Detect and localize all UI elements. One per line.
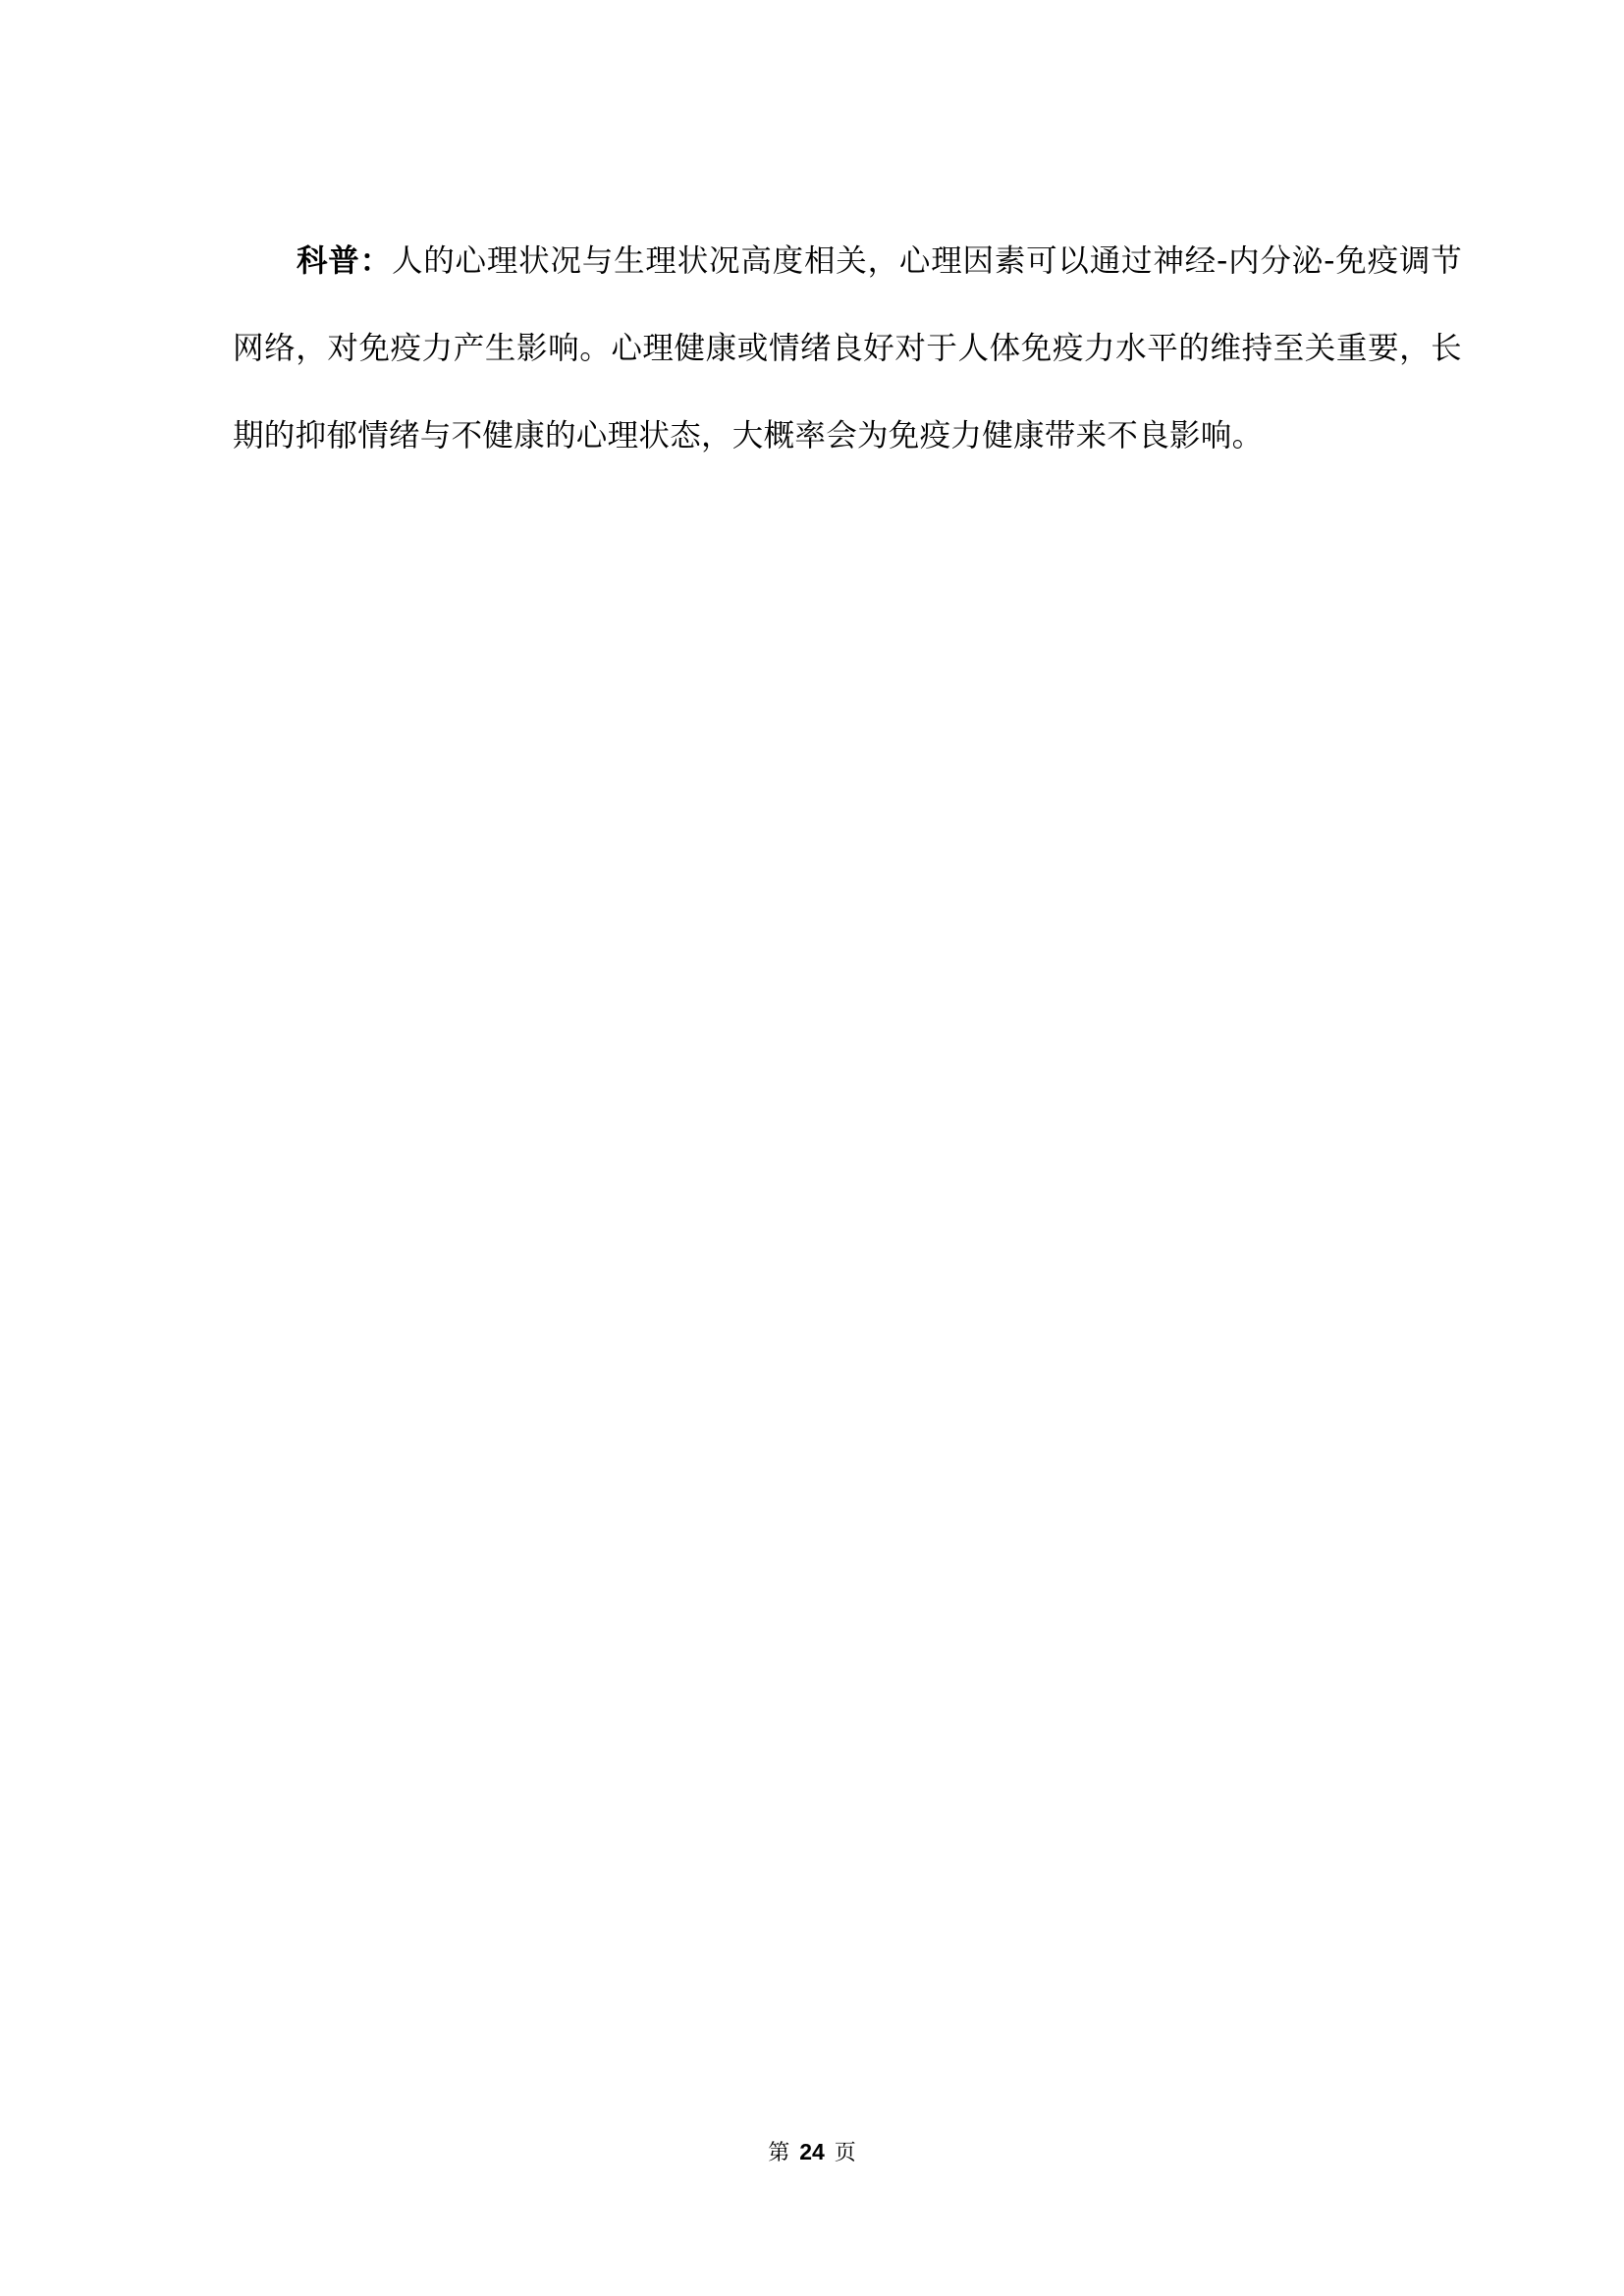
document-page: 科普：人的心理状况与生理状况高度相关，心理因素可以通过神经-内分泌-免疫调节网络… [0, 0, 1624, 2296]
footer-prefix: 第 [768, 2141, 789, 2165]
paragraph-lead-label: 科普： [297, 243, 392, 279]
footer-suffix: 页 [835, 2141, 856, 2165]
science-paragraph: 科普：人的心理状况与生理状况高度相关，心理因素可以通过神经-内分泌-免疫调节网络… [233, 218, 1462, 480]
paragraph-body: 人的心理状况与生理状况高度相关，心理因素可以通过神经-内分泌-免疫调节网络，对免… [233, 243, 1462, 454]
page-number: 24 [799, 2139, 825, 2164]
page-footer: 第24页 [0, 2136, 1624, 2166]
